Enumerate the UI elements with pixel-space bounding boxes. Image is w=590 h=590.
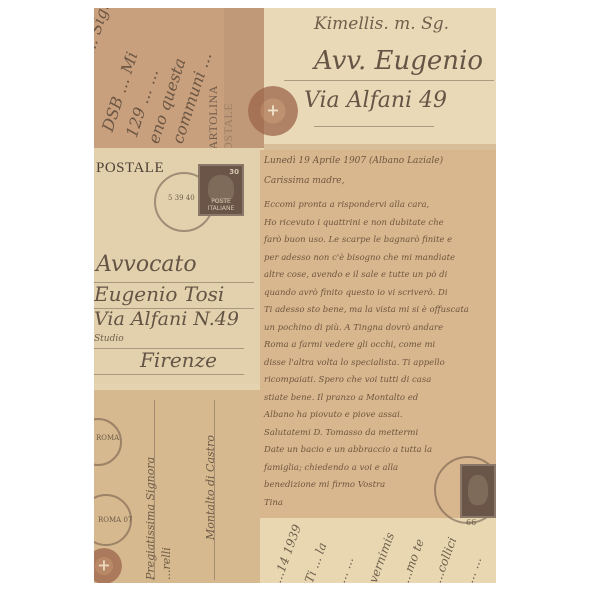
letter-salutation: Carissima madre, [264, 176, 344, 186]
handwriting-line: ...relli [160, 547, 173, 580]
letter-line: quando avrò finito questo io vi scriverò… [264, 288, 448, 298]
handwriting-line: Montalto di Castro [204, 435, 217, 540]
handwriting-line: ... ... [462, 555, 484, 583]
letter-line: famiglia; chiedendo a voi e alla [264, 463, 398, 473]
crest-icon [94, 548, 122, 583]
envelope-rule [314, 126, 434, 127]
handwriting-line: ...14 1939 [270, 523, 304, 583]
savoy-crest-icon [248, 86, 298, 136]
letter-line: per adesso non c'è bisogno che mi mandia… [264, 253, 455, 263]
envelope-title-line: Kimellis. m. Sg. [314, 14, 449, 34]
address-line: Via Alfani N.49 [94, 308, 239, 330]
top-right-envelope: Kimellis. m. Sg. Avv. Eugenio Via Alfani… [264, 8, 496, 150]
letter-line: un pochino di più. A Tingna dovrò andare [264, 323, 443, 333]
postmark-text: ROMA 07 [98, 516, 132, 524]
letter-line: Albano ha piovuto e piove assai. [264, 410, 403, 420]
postcard-city: Firenze [140, 348, 217, 372]
address-line: Studio [94, 334, 124, 344]
envelope-street-line: Via Alfani 49 [304, 88, 447, 113]
vintage-letter-collage: Il ... Signor DSB ... Mi 129 ... ... eno… [94, 8, 496, 583]
postmark-text: ROMA [96, 434, 119, 442]
handwriting-line: Pregiatissima Signora [144, 457, 157, 580]
letter-line: Eccomi pronta a rispondervi alla cara, [264, 200, 429, 210]
postmark-date: 5 39 40 [168, 194, 195, 202]
letter-line: Ti adesso sto bene, ma la vista mi si è … [264, 305, 469, 315]
postmark-icon [94, 418, 122, 466]
envelope-name-line: Avv. Eugenio [314, 46, 483, 76]
address-line: Eugenio Tosi [94, 282, 224, 306]
bottom-left-card: ROMA ROMA 07 Pregiatissima Signora ...re… [94, 390, 260, 583]
letter-line: farò buon uso. Le scarpe le bagnarò fini… [264, 235, 452, 245]
stamp-icon: 30 POSTE ITALIANE [198, 164, 244, 216]
address-line: Avvocato [96, 252, 197, 277]
portrait-icon [468, 475, 487, 505]
letter-line: benedizione mi firmo Vostra [264, 480, 385, 490]
stamp-label: POSTE ITALIANE [200, 198, 242, 212]
letter-line: stiate bene. Il pranzo a Montalto ed [264, 393, 418, 403]
handwriting-line: vernimis [366, 531, 397, 583]
letter-header: Lunedì 19 Aprile 1907 (Albano Laziale) [264, 156, 443, 166]
address-rule [94, 374, 244, 375]
postmark-text: 66 [466, 518, 476, 527]
letter-line: Roma a farmi vedere gli occhi, come mi [264, 340, 435, 350]
stamp-value: 30 [229, 168, 239, 176]
letter-line: ricompaiati. Spero che voi tutti di casa [264, 375, 431, 385]
handwriting-line: ...mo te [398, 537, 427, 583]
postcard: POSTALE 30 POSTE ITALIANE 5 39 40 Avvoca… [94, 148, 260, 384]
letter-line: Salutatemi D. Tomasso da mettermi [264, 428, 418, 438]
handwriting-line: Il ... Signor [94, 8, 120, 72]
letter-line: Tina [264, 498, 283, 508]
postcard-header: POSTALE [96, 160, 164, 177]
letter-line: altre cose, avendo e il sale e tutte un … [264, 270, 447, 280]
stamp-icon [460, 464, 496, 518]
letter-line: Date un bacio e un abbraccio a tutta la [264, 445, 432, 455]
handwriting-line: ...collici [430, 535, 459, 583]
handwriting-line: ... ... [334, 555, 356, 583]
bottom-right-card: ...14 1939Ti ... la... ...vernimis...mo … [260, 518, 496, 583]
handwriting-line: Ti ... la [302, 541, 329, 583]
letter-line: disse l'altra volta lo specialista. Ti a… [264, 358, 445, 368]
envelope-rule [284, 80, 494, 81]
letter-line: Ho ricevuto i quattrini e non dubitate c… [264, 218, 444, 228]
